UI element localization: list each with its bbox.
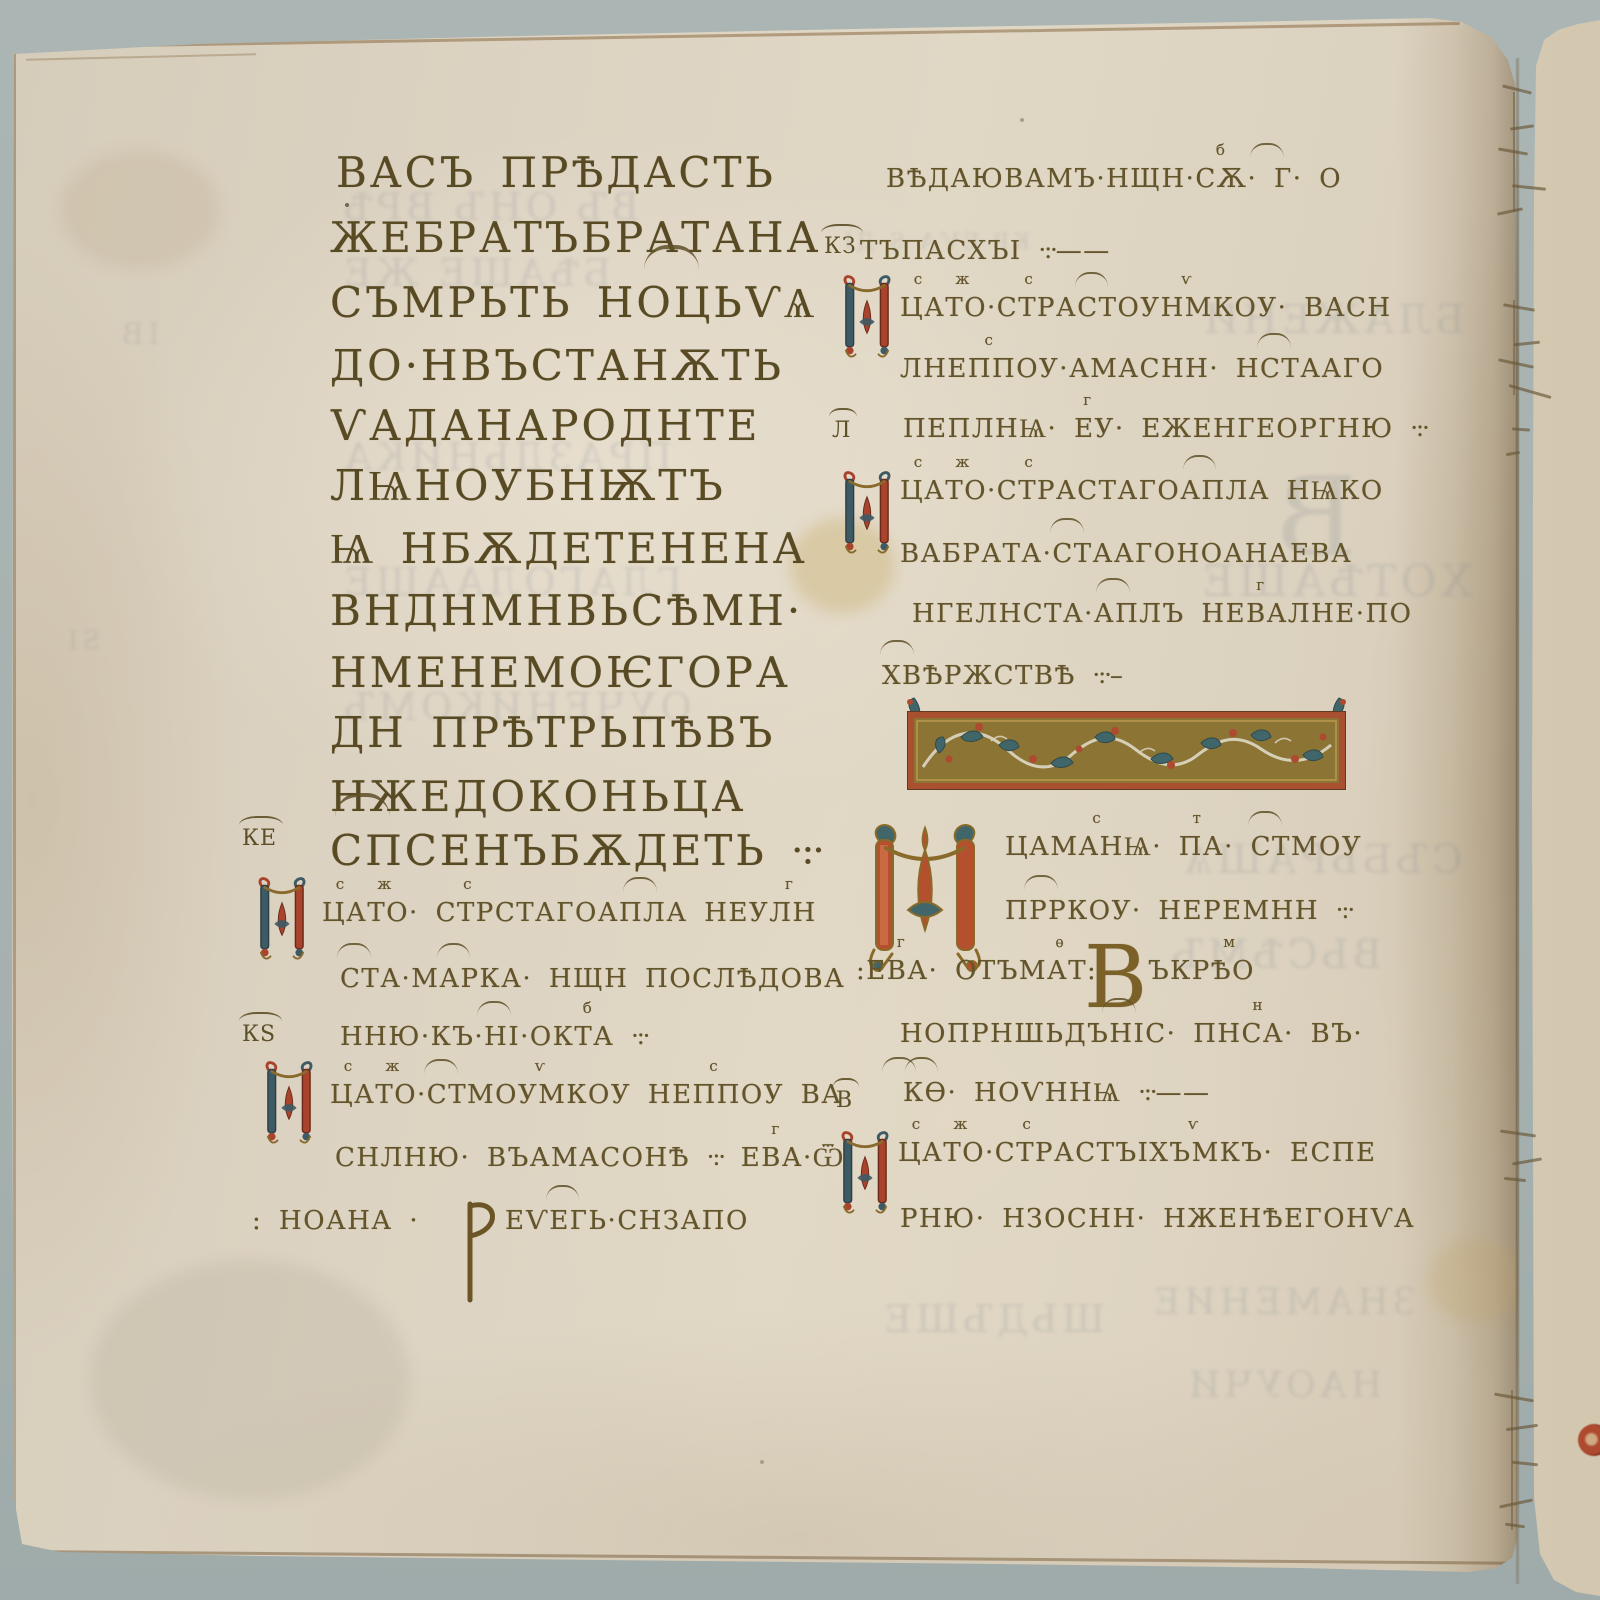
manuscript-text-line: ВѢДАЮВАМЪ·НЩН·СѪб· Г· О	[886, 166, 1342, 192]
manuscript-text-line: :ЕВАг· ОТЪМАТѳ:	[856, 958, 1097, 984]
manuscript-text-line: СНЛНЮ· ВЪАМАСОНѢ ·:· ЕВАг·Ѿ	[335, 1145, 845, 1171]
manuscript-text-line: РНЮ· НЗОСНН· НЖЕНѢЕГОНѴА	[900, 1206, 1415, 1232]
headpiece-vine-band	[903, 693, 1350, 795]
manuscript-text-line: Ѩ НБѪДЕТЕНЕНА	[330, 528, 808, 570]
manuscript-text-line: СПСЕНЪБѪДЕТЬ ·:·	[330, 830, 823, 873]
manuscript-text-line: ЛѨНОУБНѬТЪ	[330, 465, 726, 507]
gutter-shading	[1396, 0, 1518, 1600]
thread	[1513, 300, 1515, 395]
manuscript-text-line: НЖЕДОКОНЬЦА	[330, 776, 746, 818]
manuscript-text-line: НМЕНЕМОѤГОРА	[330, 652, 791, 694]
margin-lection-number: КЗ	[824, 234, 857, 259]
manuscript-text-line: ЦАМАНсѨ· ПАт· СТМОУ	[1005, 834, 1362, 860]
bleed-through-text: ІВ	[118, 320, 160, 350]
manuscript-text-line: ЛНЕППсОУ·АМАСНН· НСТААГО	[900, 356, 1384, 382]
parchment-stain	[60, 150, 220, 270]
manuscript-text-line: ТЪПАСХЪІ ·:·——	[860, 238, 1111, 264]
bleed-through-text: НАОУЧИ	[1185, 1368, 1382, 1404]
ornate-initial-M	[838, 468, 896, 560]
manuscript-text-line: ПРРКОУ· НЕРЕМНН ·:·	[1005, 898, 1353, 924]
manuscript-text-line: ЪКРѢОм	[1148, 958, 1255, 984]
ornate-initial-M	[260, 1058, 318, 1150]
manuscript-text-line: : НОАНА ·	[252, 1208, 419, 1234]
manuscript-text-line: КѲ· НОѴННѨ ·:·——	[903, 1080, 1211, 1106]
thread	[1511, 1390, 1513, 1530]
manuscript-text-line: ВНДНМНВЬСѢМН·	[330, 590, 803, 632]
manuscript-text-line: ННЮ·КЪ·НІ·ОКТАб ·:·	[340, 1024, 648, 1050]
initial-R	[458, 1196, 506, 1308]
manuscript-text-line: ЦАсТОж·СТРсАСТЪІХЪМѵКЪ· ЕСПЕ	[898, 1140, 1377, 1166]
manuscript-text-line: ВАБРАТА·СТААГОНОАНАЕВА	[900, 541, 1352, 567]
manuscript-photo: ВЪ ОНЪ ВРѢБѢАШЕ ЖЕІВПРАЗДЬНИКАГЛАГОЛААШЕ…	[0, 0, 1600, 1600]
bleed-through-text: ЅІ	[64, 628, 100, 654]
manuscript-text-line: ХВѢРЖСТВѢ ·:·–	[882, 663, 1124, 689]
manuscript-text-line: ЦАсТОж· СТРсСТАГОАПЛА НЕУЛНг	[322, 900, 817, 926]
leaf-top-edge	[12, 22, 1460, 49]
margin-lection-number: Л	[832, 418, 851, 443]
manuscript-text-line: ѴАДАНАРОДНТЕ	[330, 405, 760, 447]
manuscript-text-line: ДО·НВЪСТАНѪТЬ	[330, 345, 784, 387]
manuscript-text-line: ЦАсТОж·СТМОУМѵКОУ НЕППсОУ ВА	[330, 1082, 843, 1108]
manuscript-text-line: ЦАсТОж·СТРсАСТОУНМѵКОУ· ВАСН	[900, 295, 1392, 321]
manuscript-text-line: СТА·МАРКА· НЩН ПОСЛѢДОВА	[340, 966, 845, 992]
manuscript-text-line: НГЕЛНСТА·АПЛЪ НЕВАгЛНЕ·ПО	[912, 601, 1412, 627]
manuscript-text-line: ВАСЪ ПРѢДАСТЬ	[336, 152, 776, 194]
margin-lection-number: В	[836, 1088, 853, 1113]
leaf-left-edge	[13, 52, 16, 1548]
bleed-through-text: ЗНАМЕНИЕ	[1150, 1285, 1415, 1321]
parchment-stain	[1428, 1238, 1523, 1323]
leaf-bottom-edge	[18, 1550, 1514, 1565]
ornate-initial-M	[836, 1128, 894, 1220]
manuscript-text-line: ПЕПЛНѨ· ЕУг· ЕЖЕНГЕОРГНЮ ·:·	[903, 416, 1428, 442]
leaf-top-edge-underpage	[26, 53, 256, 61]
manuscript-text-line: ЕѴЕГЬ·СНЗАПО	[505, 1208, 749, 1234]
margin-lection-number: КЕ	[242, 826, 277, 851]
manuscript-text-line: ЖЕБРАТЪБРАТАНА	[330, 217, 821, 259]
ornate-initial-M	[838, 272, 896, 364]
ornate-initial-M	[253, 874, 311, 966]
manuscript-text-line: СЪМРЬТЬ НОЦЬѴѦ	[330, 282, 817, 324]
manuscript-text-line: НОПРНШЬДЪНІС· ПНСАн· ВЪ·	[900, 1021, 1363, 1047]
binding-fold	[1516, 58, 1519, 1584]
parchment-shadow-smudge	[90, 1260, 410, 1500]
margin-lection-number: КЅ	[242, 1022, 276, 1047]
bleed-through-text: ШЬДЪШЕ	[880, 1300, 1105, 1338]
thread	[1513, 92, 1515, 212]
manuscript-text-line: ДН ПРѢТРЬПѢВЪ	[330, 712, 775, 754]
manuscript-text-line: ЦАсТОж·СТРсАСТАГОАПЛА НѨКО	[900, 478, 1384, 504]
